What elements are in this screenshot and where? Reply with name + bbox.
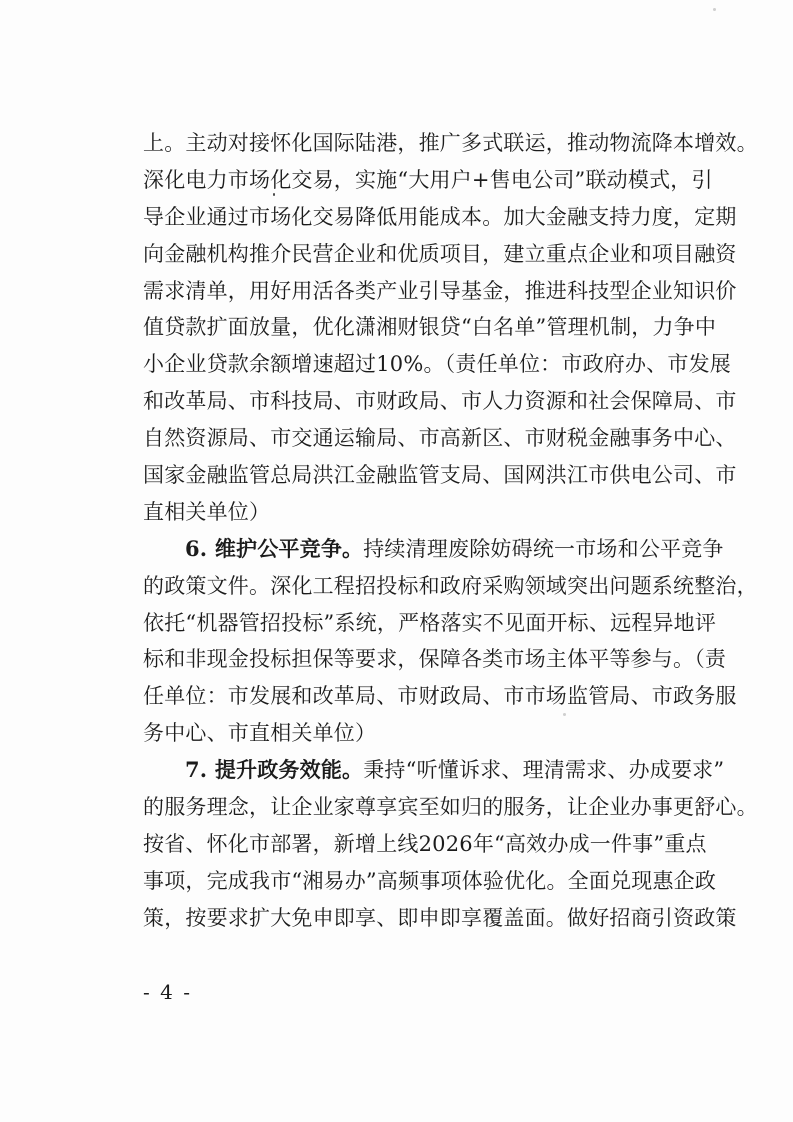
text-line: 深化电力市场化交易，实施“大用户+售电公司”联动模式，引 xyxy=(143,162,659,199)
text-line: 依托“机器管招投标”系统，严格落实不见面开标、远程异地评 xyxy=(143,605,659,642)
text-line: 的政策文件。深化工程招投标和政府采购领域突出问题系统整治， xyxy=(143,568,659,605)
text-line: 国家金融监管总局洪江金融监管支局、国网洪江市供电公司、市 xyxy=(143,457,659,494)
text-line: 按省、怀化市部署，新增上线2026年“高效办成一件事”重点 xyxy=(143,826,659,863)
text-line: 事项，完成我市“湘易办”高频事项体验优化。全面兑现惠企政 xyxy=(143,863,659,900)
section-7-text: 秉持“听懂诉求、理清需求、办成要求” xyxy=(363,758,724,782)
section-6-text: 持续清理废除妨碍统一市场和公平竞争 xyxy=(363,537,723,561)
text-line: 需求清单，用好用活各类产业引导基金，推进科技型企业知识价 xyxy=(143,273,659,310)
text-line: 策，按要求扩大免申即享、即申即享覆盖面。做好招商引资政策 xyxy=(143,900,659,937)
section-7-heading: 7. 提升政务效能。 xyxy=(185,757,363,782)
text-line: 的服务理念，让企业家尊享宾至如归的服务，让企业办事更舒心。 xyxy=(143,789,659,826)
page-number: - 4 - xyxy=(143,980,192,1004)
text-line: 直相关单位） xyxy=(143,494,659,531)
body-text: 上。主动对接怀化国际陆港，推广多式联运，推动物流降本增效。 深化电力市场化交易，… xyxy=(143,125,659,937)
section-6-first-line: 6. 维护公平竞争。持续清理废除妨碍统一市场和公平竞争 xyxy=(143,531,659,568)
text-line: 自然资源局、市交通运输局、市高新区、市财税金融事务中心、 xyxy=(143,420,659,457)
text-line: 务中心、市直相关单位） xyxy=(143,715,659,752)
text-line: 和改革局、市科技局、市财政局、市人力资源和社会保障局、市 xyxy=(143,383,659,420)
text-line: 向金融机构推介民营企业和优质项目，建立重点企业和项目融资 xyxy=(143,236,659,273)
section-6-heading: 6. 维护公平竞争。 xyxy=(185,536,363,561)
text-line: 导企业通过市场化交易降低用能成本。加大金融支持力度，定期 xyxy=(143,199,659,236)
text-line: 任单位：市发展和改革局、市财政局、市市场监管局、市政务服 xyxy=(143,678,659,715)
scan-speck xyxy=(713,8,716,11)
text-line: 标和非现金投标担保等要求，保障各类市场主体平等参与。（责 xyxy=(143,641,659,678)
text-line: 上。主动对接怀化国际陆港，推广多式联运，推动物流降本增效。 xyxy=(143,125,659,162)
text-line: 值贷款扩面放量，优化潇湘财银贷“白名单”管理机制，力争中 xyxy=(143,309,659,346)
text-line: 小企业贷款余额增速超过10%。（责任单位：市政府办、市发展 xyxy=(143,346,659,383)
section-7-first-line: 7. 提升政务效能。秉持“听懂诉求、理清需求、办成要求” xyxy=(143,752,659,789)
document-page: 上。主动对接怀化国际陆港，推广多式联运，推动物流降本增效。 深化电力市场化交易，… xyxy=(0,0,793,1122)
